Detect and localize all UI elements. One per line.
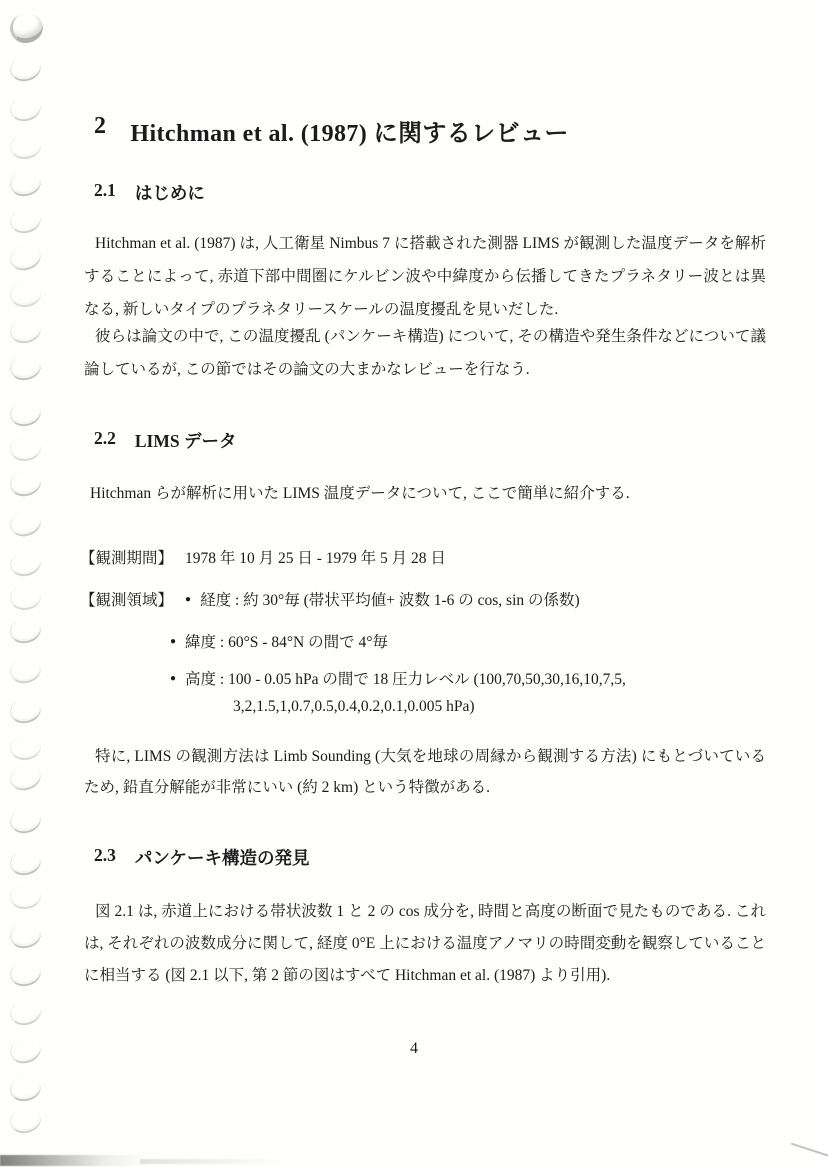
list-item-line-1: 高度 : 100 - 0.05 hPa の間で 18 圧力レベル (100,70… xyxy=(185,666,626,693)
list-item-latitude: ● 緯度 : 60°S - 84°N の間で 4°毎 xyxy=(170,629,388,656)
binding-hole xyxy=(7,548,43,580)
scan-smudge-tail xyxy=(140,1159,300,1164)
subsection-title-text: パンケーキ構造の発見 xyxy=(135,845,310,870)
scan-smudge-bottom-left xyxy=(0,1155,145,1166)
subsection-heading-2-2: 2.2 LIMS データ xyxy=(94,428,236,453)
bullet-icon: ● xyxy=(185,586,191,613)
binding-hole xyxy=(7,997,43,1029)
binding-hole xyxy=(7,920,43,952)
observation-period-row: 【観測期間】 1978 年 10 月 25 日 - 1979 年 5 月 28 … xyxy=(80,545,446,572)
binding-hole xyxy=(7,655,43,687)
paragraph-lims-intro: Hitchman らが解析に用いた LIMS 温度データについて, ここで簡単に… xyxy=(84,477,766,510)
section-heading: 2 Hitchman et al. (1987) に関するレビュー xyxy=(94,113,569,148)
list-item-altitude: ● 高度 : 100 - 0.05 hPa の間で 18 圧力レベル (100,… xyxy=(170,666,626,720)
section-title-text: Hitchman et al. (1987) に関するレビュー xyxy=(130,113,568,148)
binding-hole xyxy=(8,132,42,161)
scan-scratch-bottom-right xyxy=(791,1143,828,1158)
binding-hole xyxy=(7,1105,43,1137)
binding-hole xyxy=(7,958,43,990)
binding-hole xyxy=(7,315,43,347)
subsection-number: 2.3 xyxy=(94,845,116,870)
subsection-title-text: LIMS データ xyxy=(135,428,237,453)
binding-hole xyxy=(7,507,44,540)
binding-hole xyxy=(7,352,43,384)
binding-hole xyxy=(7,847,43,879)
binding-hole xyxy=(7,9,46,46)
list-item-text: 高度 : 100 - 0.05 hPa の間で 18 圧力レベル (100,70… xyxy=(185,666,626,720)
paragraph-figure-2-1: 図 2.1 は, 赤道上における帯状波数 1 と 2 の cos 成分を, 時間… xyxy=(84,896,766,992)
list-item-text: 緯度 : 60°S - 84°N の間で 4°毎 xyxy=(185,629,388,656)
binding-hole xyxy=(8,280,42,309)
binding-hole xyxy=(7,398,43,430)
section-number: 2 xyxy=(94,113,106,148)
binding-hole xyxy=(7,1073,43,1105)
binding-hole xyxy=(7,53,43,85)
observation-region-row: 【観測領域】 ● 経度 : 約 30°毎 (帯状平均値+ 波数 1-6 の co… xyxy=(80,587,580,614)
binding-hole xyxy=(7,93,43,125)
subsection-number: 2.2 xyxy=(94,428,116,453)
subsection-heading-2-1: 2.1 はじめに xyxy=(94,180,205,205)
binding-hole xyxy=(7,615,43,647)
binding-hole xyxy=(7,241,44,274)
binding-hole xyxy=(8,583,42,612)
list-item-text: 経度 : 約 30°毎 (帯状平均値+ 波数 1-6 の cos, sin の係… xyxy=(200,587,580,614)
binding-hole xyxy=(8,733,42,762)
observation-period-label: 【観測期間】 xyxy=(80,545,173,572)
document-page: 2 Hitchman et al. (1987) に関するレビュー 2.1 はじ… xyxy=(0,0,828,1167)
bullet-icon: ● xyxy=(170,665,176,719)
observation-period-value: 1978 年 10 月 25 日 - 1979 年 5 月 28 日 xyxy=(185,545,446,572)
binding-hole xyxy=(8,434,42,463)
binding-hole xyxy=(7,805,43,837)
observation-region-label: 【観測領域】 xyxy=(80,587,173,614)
list-item-longitude: ● 経度 : 約 30°毎 (帯状平均値+ 波数 1-6 の cos, sin … xyxy=(185,587,580,614)
subsection-heading-2-3: 2.3 パンケーキ構造の発見 xyxy=(94,845,310,870)
bullet-icon: ● xyxy=(170,628,176,655)
paragraph-intro-1: Hitchman et al. (1987) は, 人工衛星 Nimbus 7 … xyxy=(84,227,766,326)
binding-hole xyxy=(7,168,43,200)
subsection-title-text: はじめに xyxy=(135,180,205,205)
page-number: 4 xyxy=(0,1040,828,1058)
binding-hole xyxy=(7,205,43,237)
binding-hole xyxy=(7,761,44,794)
paragraph-intro-2: 彼らは論文の中で, この温度擾乱 (パンケーキ構造) について, その構造や発生… xyxy=(84,320,766,386)
list-item-line-2: 3,2,1.5,1,0.7,0.5,0.4,0.2,0.1,0.005 hPa) xyxy=(233,693,626,720)
binding-hole xyxy=(8,882,42,911)
binding-hole xyxy=(7,468,43,500)
binding-hole xyxy=(7,695,43,727)
subsection-number: 2.1 xyxy=(94,180,116,205)
paragraph-limb-sounding: 特に, LIMS の観測方法は Limb Sounding (大気を地球の周縁か… xyxy=(84,741,766,803)
